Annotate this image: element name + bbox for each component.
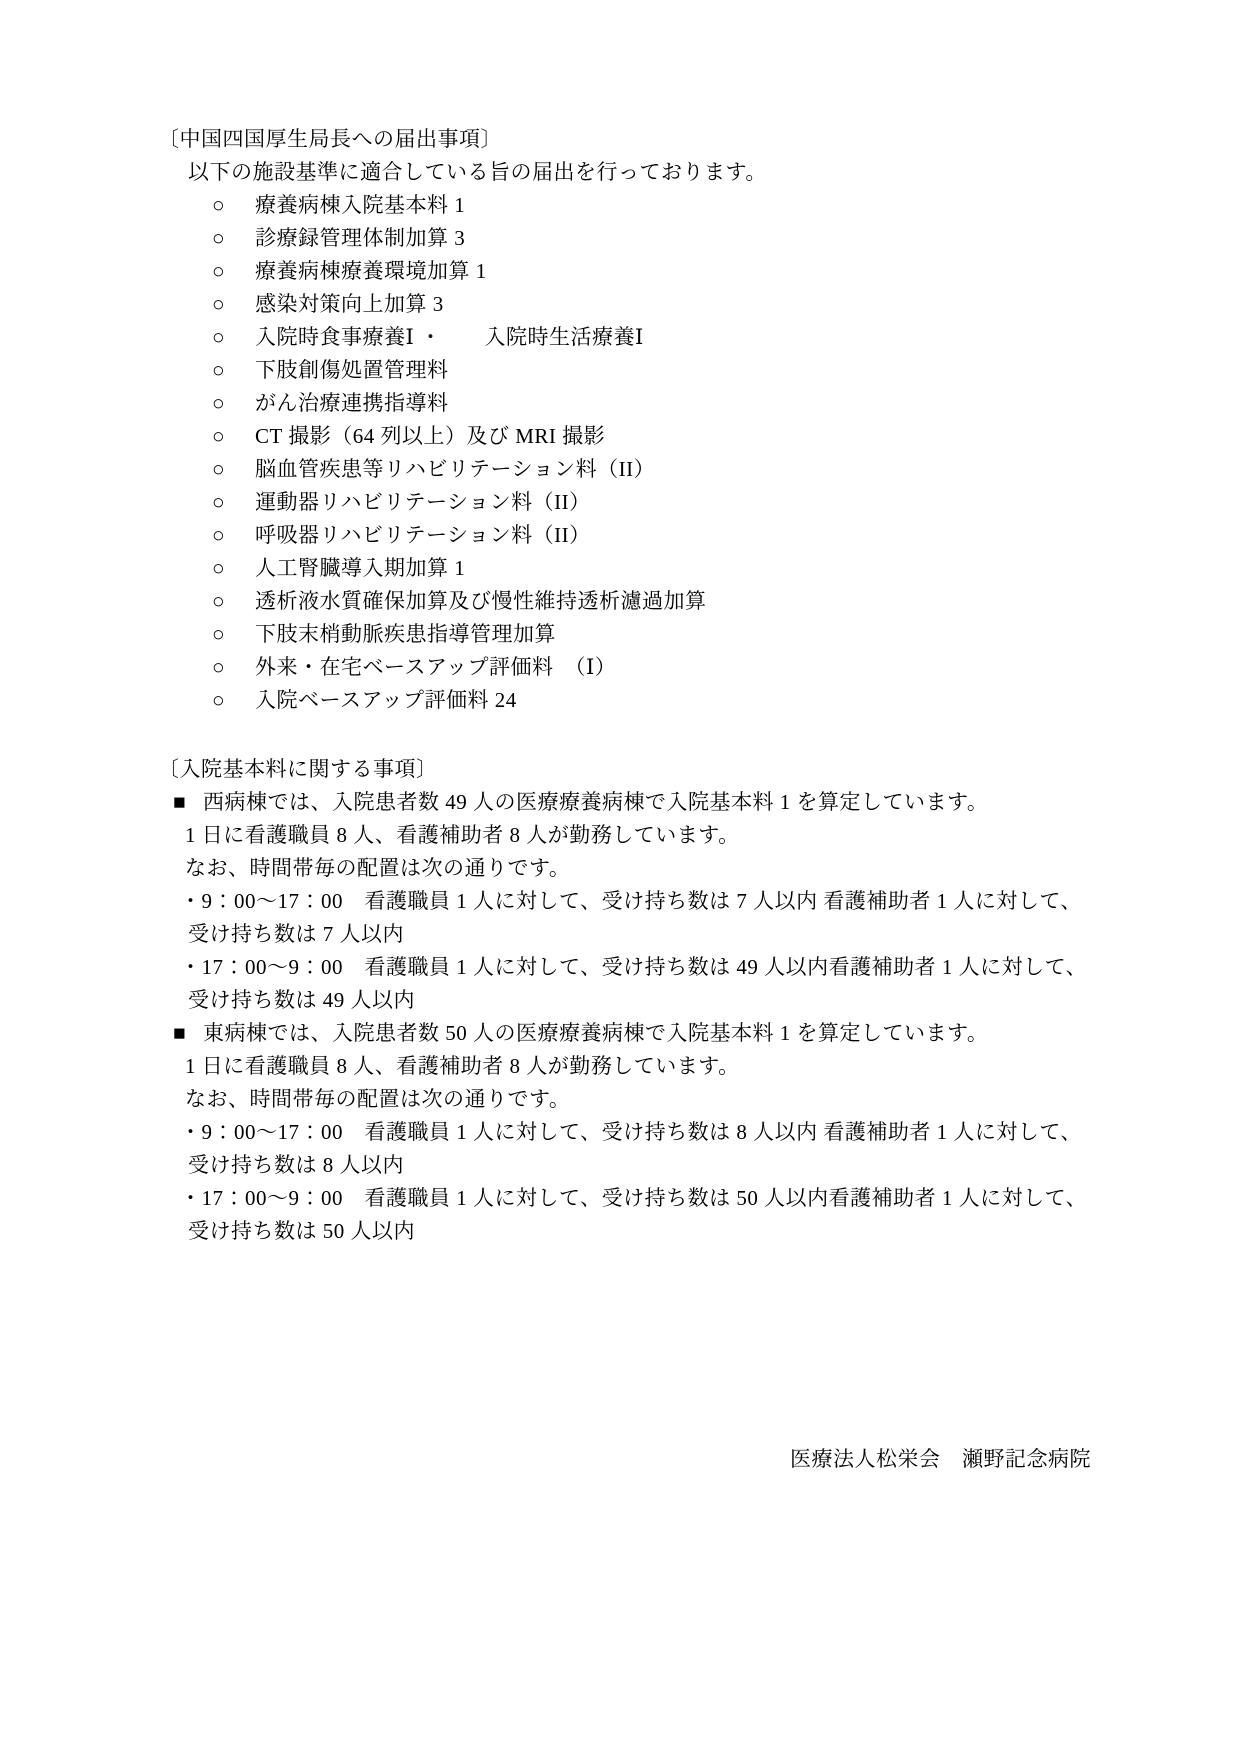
square-bullet-icon: ■ [173,1017,203,1050]
circle-bullet-icon: ○ [212,321,255,354]
list-item: ○入院ベースアップ評価料 24 [212,684,1148,717]
document-body: 〔中国四国厚生局長への届出事項〕 以下の施設基準に適合している旨の届出を行ってお… [158,123,1148,1248]
list-item: ○がん治療連携指導料 [212,387,1148,420]
list-item: ○入院時食事療養Ⅰ ・ 入院時生活療養Ⅰ [212,321,1148,354]
list-item-text: 下肢創傷処置管理料 [255,354,449,387]
list-item: ○診療録管理体制加算 3 [212,222,1148,255]
document-page: { "markers": { "circle": "○", "square": … [0,0,1241,1754]
list-item-text: 入院ベースアップ評価料 24 [255,684,517,717]
list-item: ○透析液水質確保加算及び慢性維持透析濾過加算 [212,585,1148,618]
hospital-signature: 医療法人松栄会 瀬野記念病院 [790,1443,1091,1476]
circle-bullet-icon: ○ [212,288,255,321]
shift-line-continued: 受け持ち数は 50 人以内 [188,1215,1148,1248]
list-item: ○感染対策向上加算 3 [212,288,1148,321]
notification-intro: 以下の施設基準に適合している旨の届出を行っております。 [188,156,1148,189]
basic-fee-section-heading: 〔入院基本料に関する事項〕 [158,753,1148,786]
ward-main-line: ■ 西病棟では、入院患者数 49 人の医療療養病棟で入院基本料 1 を算定してい… [173,786,1148,819]
list-item: ○下肢末梢動脈疾患指導管理加算 [212,618,1148,651]
list-item-text: 外来・在宅ベースアップ評価料 （Ⅰ） [255,651,616,684]
shift-line: ・9：00～17：00 看護職員 1 人に対して、受け持ち数は 8 人以内 看護… [180,1116,1148,1149]
shift-line: ・17：00～9：00 看護職員 1 人に対して、受け持ち数は 50 人以内看護… [180,1182,1148,1215]
ward-staff-line: 1 日に看護職員 8 人、看護補助者 8 人が勤務しています。 [185,819,1148,852]
ward-note-line: なお、時間帯毎の配置は次の通りです。 [185,1083,1148,1116]
list-item-text: 下肢末梢動脈疾患指導管理加算 [255,618,556,651]
circle-bullet-icon: ○ [212,618,255,651]
list-item-text: 入院時食事療養Ⅰ ・ 入院時生活療養Ⅰ [255,321,644,354]
circle-bullet-icon: ○ [212,420,255,453]
list-item-text: 感染対策向上加算 3 [255,288,444,321]
circle-bullet-icon: ○ [212,585,255,618]
list-item-text: 呼吸器リハビリテーション料（II） [255,519,591,552]
ward-note-line: なお、時間帯毎の配置は次の通りです。 [185,852,1148,885]
list-item: ○療養病棟療養環境加算 1 [212,255,1148,288]
circle-bullet-icon: ○ [212,453,255,486]
circle-bullet-icon: ○ [212,255,255,288]
list-item-text: 療養病棟入院基本料 1 [255,189,465,222]
circle-bullet-icon: ○ [212,354,255,387]
circle-bullet-icon: ○ [212,684,255,717]
list-item: ○呼吸器リハビリテーション料（II） [212,519,1148,552]
list-item-text: がん治療連携指導料 [255,387,449,420]
list-item-text: 運動器リハビリテーション料（II） [255,486,591,519]
ward-main-text: 西病棟では、入院患者数 49 人の医療療養病棟で入院基本料 1 を算定しています… [203,786,988,819]
list-item-text: 透析液水質確保加算及び慢性維持透析濾過加算 [255,585,707,618]
ward-main-line: ■ 東病棟では、入院患者数 50 人の医療療養病棟で入院基本料 1 を算定してい… [173,1017,1148,1050]
circle-bullet-icon: ○ [212,222,255,255]
ward-block-west: ■ 西病棟では、入院患者数 49 人の医療療養病棟で入院基本料 1 を算定してい… [158,786,1148,1017]
ward-block-east: ■ 東病棟では、入院患者数 50 人の医療療養病棟で入院基本料 1 を算定してい… [158,1017,1148,1248]
circle-bullet-icon: ○ [212,552,255,585]
list-item: ○下肢創傷処置管理料 [212,354,1148,387]
basic-fee-section: 〔入院基本料に関する事項〕 ■ 西病棟では、入院患者数 49 人の医療療養病棟で… [158,753,1148,1248]
list-item: ○人工腎臓導入期加算 1 [212,552,1148,585]
shift-line-continued: 受け持ち数は 49 人以内 [188,984,1148,1017]
circle-bullet-icon: ○ [212,651,255,684]
circle-bullet-icon: ○ [212,387,255,420]
notified-standards-list: ○療養病棟入院基本料 1 ○診療録管理体制加算 3 ○療養病棟療養環境加算 1 … [212,189,1148,717]
list-item: ○脳血管疾患等リハビリテーション料（II） [212,453,1148,486]
list-item: ○療養病棟入院基本料 1 [212,189,1148,222]
list-item: ○CT 撮影（64 列以上）及び MRI 撮影 [212,420,1148,453]
shift-line-continued: 受け持ち数は 8 人以内 [188,1149,1148,1182]
list-item: ○外来・在宅ベースアップ評価料 （Ⅰ） [212,651,1148,684]
notification-section-heading: 〔中国四国厚生局長への届出事項〕 [158,123,1148,156]
circle-bullet-icon: ○ [212,189,255,222]
list-item-text: 療養病棟療養環境加算 1 [255,255,487,288]
ward-staff-line: 1 日に看護職員 8 人、看護補助者 8 人が勤務しています。 [185,1050,1148,1083]
notification-section: 〔中国四国厚生局長への届出事項〕 以下の施設基準に適合している旨の届出を行ってお… [158,123,1148,717]
square-bullet-icon: ■ [173,786,203,819]
list-item: ○運動器リハビリテーション料（II） [212,486,1148,519]
list-item-text: 脳血管疾患等リハビリテーション料（II） [255,453,655,486]
shift-line-continued: 受け持ち数は 7 人以内 [188,918,1148,951]
circle-bullet-icon: ○ [212,486,255,519]
shift-line: ・17：00～9：00 看護職員 1 人に対して、受け持ち数は 49 人以内看護… [180,951,1148,984]
list-item-text: 診療録管理体制加算 3 [255,222,465,255]
list-item-text: 人工腎臓導入期加算 1 [255,552,465,585]
list-item-text: CT 撮影（64 列以上）及び MRI 撮影 [255,420,605,453]
circle-bullet-icon: ○ [212,519,255,552]
ward-main-text: 東病棟では、入院患者数 50 人の医療療養病棟で入院基本料 1 を算定しています… [203,1017,988,1050]
shift-line: ・9：00～17：00 看護職員 1 人に対して、受け持ち数は 7 人以内 看護… [180,885,1148,918]
